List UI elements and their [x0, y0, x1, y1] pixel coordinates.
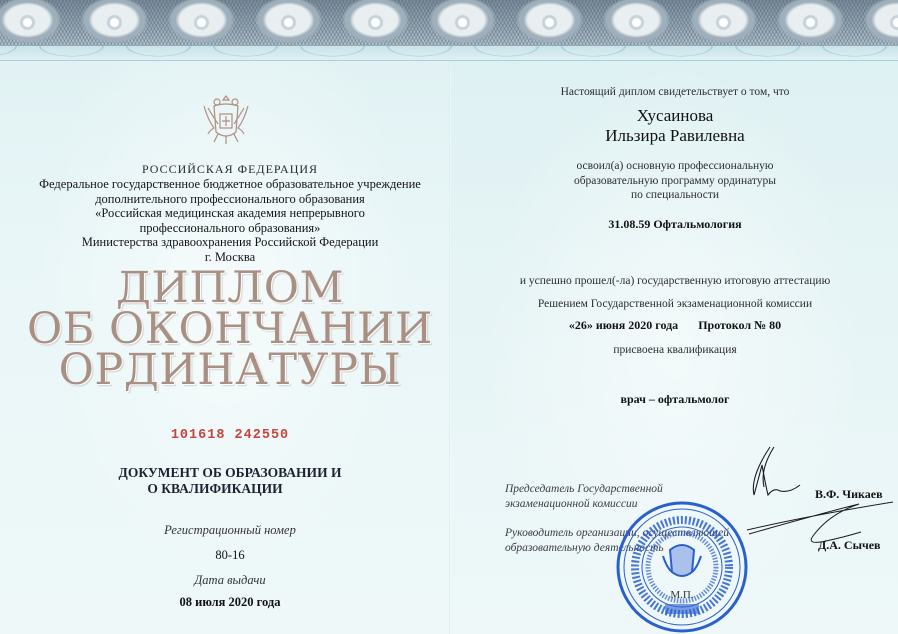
graduate-surname: Хусаинова [500, 106, 850, 126]
qualification-assigned-text: присвоена квалификация [480, 344, 870, 356]
certifies-text: Настоящий диплом свидетельствует о том, … [500, 86, 850, 98]
official-seal-icon: М.П. [615, 500, 749, 634]
program-description: освоил(а) основную профессиональную обра… [500, 159, 850, 203]
specialty: 31.08.59 Офтальмология [500, 217, 850, 232]
program-line: освоил(а) основную профессиональную [500, 159, 850, 174]
issue-date-label: Дата выдачи [120, 573, 340, 588]
page-fold [449, 60, 451, 634]
program-line: образовательную программу ординатуры [500, 174, 850, 189]
decision-protocol: «26» июня 2020 годаПротокол № 80 [480, 318, 870, 333]
org-line: профессионального образования» [30, 221, 430, 236]
head-signature [745, 500, 895, 545]
qualification: врач – офтальмолог [480, 392, 870, 407]
title-line: ДИПЛОМ [20, 268, 440, 309]
russian-coat-of-arms-icon [200, 92, 252, 148]
ornamental-border [0, 0, 898, 50]
serial-number: 101618 242550 [120, 428, 340, 443]
org-line: дополнительного профессионального образо… [30, 192, 430, 207]
decision-date: «26» июня 2020 года [569, 318, 678, 332]
org-line: Федеральное государственное бюджетное об… [30, 177, 430, 192]
protocol-number: Протокол № 80 [698, 318, 781, 332]
doctype-line: ДОКУМЕНТ ОБ ОБРАЗОВАНИИ И [100, 465, 360, 481]
program-line: по специальности [500, 188, 850, 203]
diploma-title: ДИПЛОМ ОБ ОКОНЧАНИИ ОРДИНАТУРЫ [20, 268, 440, 391]
country-name: РОССИЙСКАЯ ФЕДЕРАЦИЯ [40, 162, 420, 177]
org-line: Министерства здравоохранения Российской … [30, 235, 430, 250]
registration-number: 80-16 [120, 548, 340, 563]
graduate-name: Хусаинова Ильзира Равилевна [500, 106, 850, 146]
stamp-mark: М.П. [670, 589, 693, 601]
org-line: «Российская медицинская академия непреры… [30, 206, 430, 221]
registration-number-label: Регистрационный номер [120, 523, 340, 538]
issue-date: 08 июля 2020 года [120, 595, 340, 610]
doctype-line: О КВАЛИФИКАЦИИ [100, 481, 360, 497]
title-line: ОРДИНАТУРЫ [20, 350, 440, 391]
commission-decision-text: Решением Государственной экзаменационной… [480, 298, 870, 310]
document-type: ДОКУМЕНТ ОБ ОБРАЗОВАНИИ И О КВАЛИФИКАЦИИ [100, 465, 360, 497]
organization-name: Федеральное государственное бюджетное об… [30, 177, 430, 264]
org-city: г. Москва [30, 250, 430, 265]
title-line: ОБ ОКОНЧАНИИ [20, 309, 440, 350]
chair-label-line: Председатель Государственной [505, 482, 663, 497]
graduate-given-names: Ильзира Равилевна [500, 126, 850, 146]
attestation-text: и успешно прошел(-ла) государственную ит… [480, 275, 870, 287]
ornamental-border-edge [0, 46, 898, 61]
